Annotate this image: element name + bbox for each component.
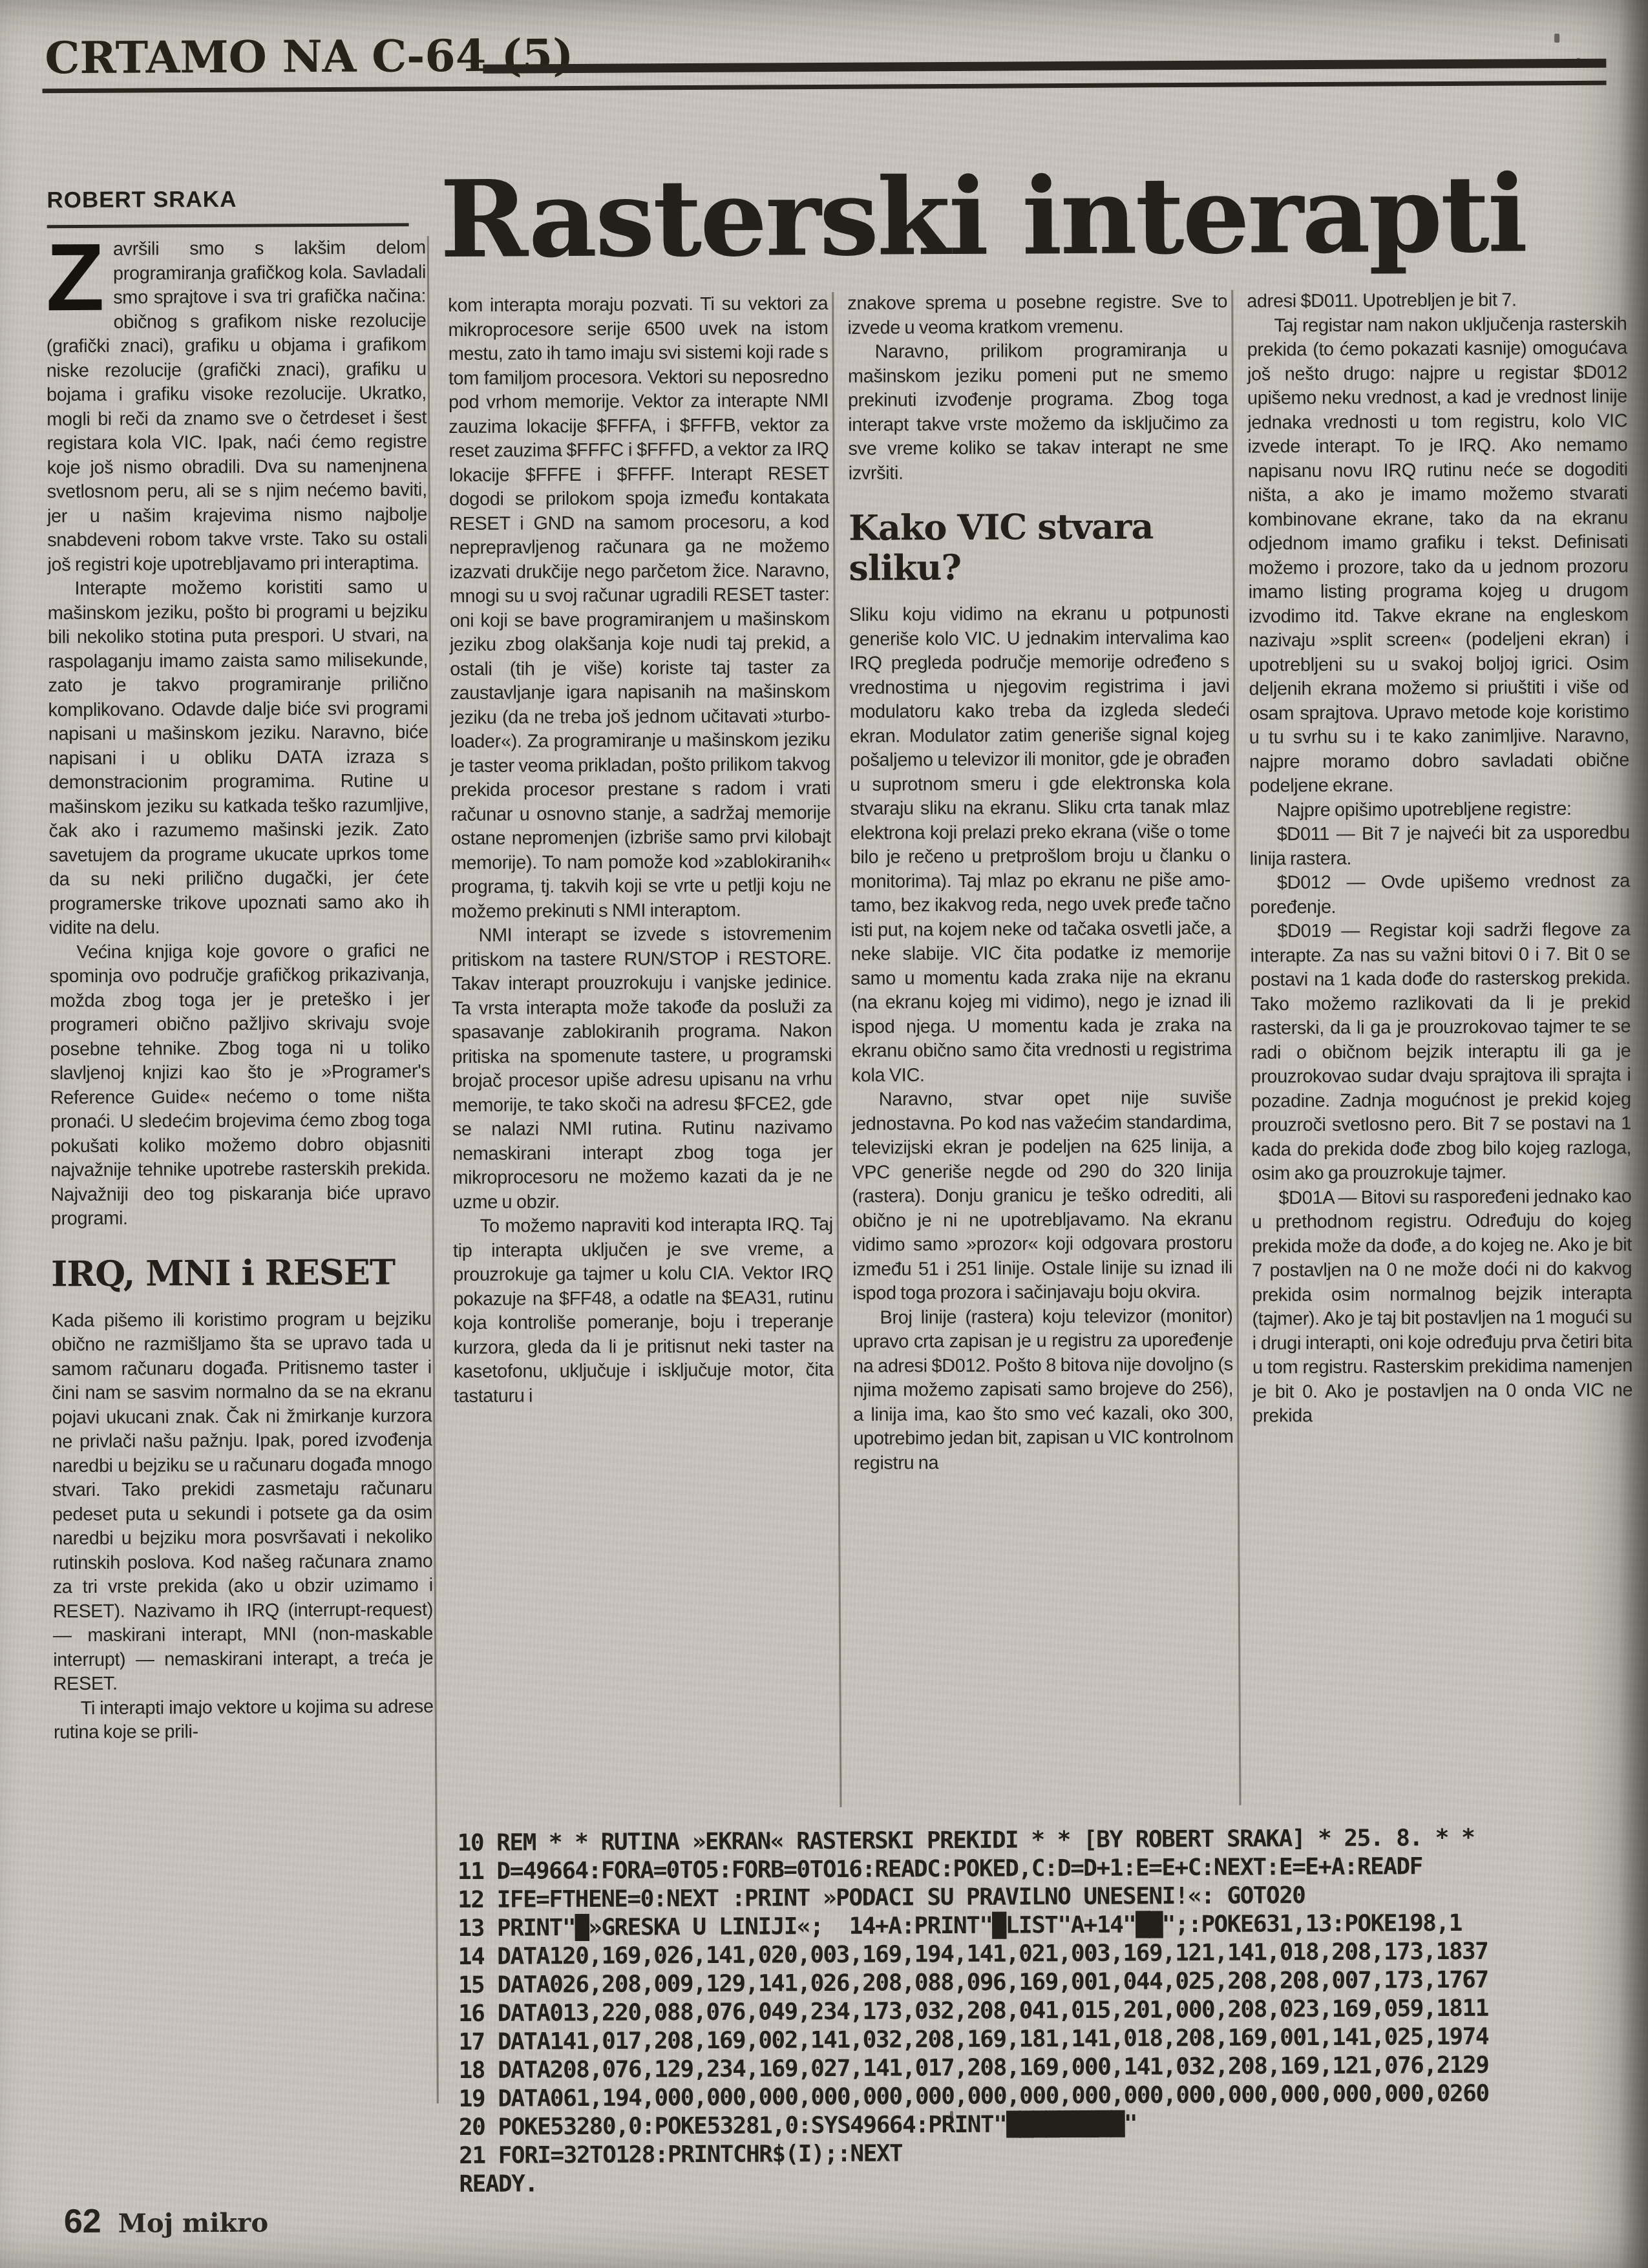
paragraph: Završili smo s lakšim delom programiranj…: [46, 236, 428, 577]
drop-cap: Z: [46, 238, 114, 315]
paragraph: $D01A — Bitovi su raspoređeni jednako ka…: [1251, 1184, 1632, 1429]
paragraph: $D011 — Bit 7 je najveći bit za usporedb…: [1249, 821, 1629, 871]
scanned-sheet: CRTAMO NA C-64 (5) ROBERT SRAKA Rastersk…: [0, 0, 1648, 2268]
paragraph: znakove sprema u posebne registre. Sve t…: [847, 290, 1227, 341]
column-2: kom interapta moraju pozvati. Ti su vekt…: [448, 292, 836, 1812]
paragraph: Naravno, prilikom programiranja u mašins…: [848, 339, 1229, 486]
page-footer: 62 Moj mikro: [64, 2201, 268, 2242]
paragraph: kom interapta moraju pozvati. Ti su vekt…: [448, 292, 831, 924]
column-1: Završili smo s lakšim delom programiranj…: [46, 236, 436, 2105]
paragraph: Većina knjiga koje govore o grafici ne s…: [49, 939, 430, 1232]
paragraph: Broj linije (rastera) koju televizor (mo…: [852, 1304, 1233, 1476]
section-heading-vic: Kako VIC stvara sliku?: [849, 506, 1229, 588]
section-heading-irq: IRQ, MNI i RESET: [51, 1252, 431, 1294]
header-rule-thick: [483, 59, 1606, 74]
column-4: adresi $D011. Upotrebljen je bit 7. Taj …: [1247, 288, 1634, 1808]
paragraph: Interapte možemo koristiti samo u mašins…: [47, 575, 429, 941]
code-line: 10 REM * * RUTINA »EKRAN« RASTERSKI PREK…: [458, 1823, 1621, 1858]
code-line: 19 DATA061,194,000,000,000,000,000,000,0…: [459, 2079, 1622, 2114]
page-kicker: CRTAMO NA C-64 (5): [45, 30, 574, 84]
magazine-page: CRTAMO NA C-64 (5) ROBERT SRAKA Rastersk…: [0, 0, 1648, 2268]
paragraph: Sliku koju vidimo na ekranu u potpunosti…: [849, 602, 1232, 1088]
paragraph: Taj registar nam nakon uključenja raster…: [1247, 312, 1629, 799]
paragraph: adresi $D011. Upotrebljen je bit 7.: [1247, 288, 1627, 314]
paragraph: $D019 — Registar koji sadrži flegove za …: [1250, 918, 1631, 1186]
paragraph: To možemo napraviti kod interapta IRQ. T…: [453, 1213, 834, 1409]
article-title: Rasterski interapti: [439, 151, 1616, 282]
paragraph: Najpre opišimo upotrebljene registre:: [1249, 797, 1629, 823]
scan-speck: [950, 2111, 953, 2117]
paragraph: Naravno, stvar opet nije suviše jednosta…: [852, 1086, 1233, 1307]
basic-code-listing: 10 REM * * RUTINA »EKRAN« RASTERSKI PREK…: [458, 1823, 1623, 2199]
scan-speck: [1576, 58, 1580, 62]
scan-edge-shadow: [1618, 0, 1648, 2268]
scan-speck: [1554, 34, 1559, 43]
paragraph: Ti interapti imajo vektore u kojima su a…: [54, 1695, 434, 1745]
paragraph: NMI interapt se izvede s istovremenim pr…: [451, 922, 832, 1215]
page-number: 62: [64, 2202, 101, 2241]
magazine-name: Moj mikro: [118, 2208, 269, 2239]
column-3: znakove sprema u posebne registre. Sve t…: [847, 290, 1235, 1811]
paragraph: Kada pišemo ili koristimo program u bejz…: [51, 1307, 433, 1697]
author-name: ROBERT SRAKA: [47, 185, 408, 228]
paragraph: $D012 — Ovde upišemo vrednost za poređen…: [1250, 869, 1630, 919]
